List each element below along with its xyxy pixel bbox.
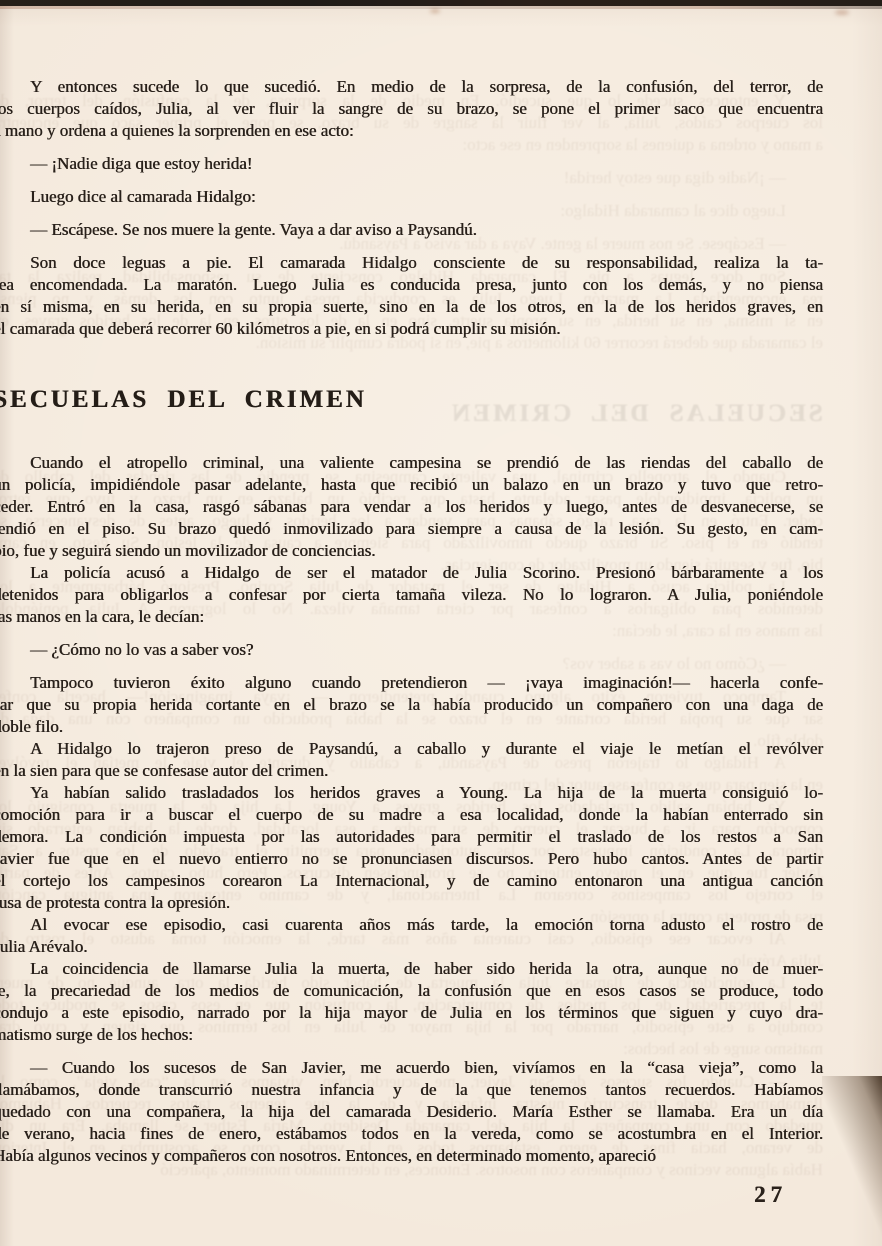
text-line: Y entonces sucede lo que sucedió. En med… — [0, 76, 823, 98]
section-heading: SECUELAS DEL CRIMEN — [0, 386, 823, 414]
text-line: doble filo. — [0, 716, 823, 738]
text-line: condujo a este episodio, narrado por la … — [0, 1002, 823, 1024]
text-line: las manos en la cara, le decían: — [0, 606, 823, 628]
text-line: de verano, hacia fines de enero, estábam… — [0, 1123, 823, 1145]
paragraph: Ya habían salido trasladados los heridos… — [0, 782, 823, 914]
text-line: — Escápese. Se nos muere la gente. Vaya … — [0, 219, 823, 241]
text-line: rea encomendada. La maratón. Luego Julia… — [0, 274, 823, 296]
text-line: el camarada que deberá recorrer 60 kilóm… — [0, 318, 823, 340]
text-line: quedado con una compañera, la hija del c… — [0, 1101, 823, 1123]
text-line: el cortejo los campesinos corearon La In… — [0, 870, 823, 892]
text-line: te, la precariedad de los medios de comu… — [0, 980, 823, 1002]
paper-stain — [835, 10, 849, 15]
dialogue-paragraph: — ¡Nadie diga que estoy herida! — [0, 153, 823, 175]
text-line: a mano y ordena a quienes la sorprenden … — [0, 120, 823, 142]
text-line: Luego dice al camarada Hidalgo: — [0, 186, 823, 208]
text-line: Ya habían salido trasladados los heridos… — [0, 782, 823, 804]
page-number: 27 — [754, 1182, 787, 1208]
text-line: Son doce leguas a pie. El camarada Hidal… — [0, 252, 823, 274]
text-line: en sí misma, en su herida, en su propia … — [0, 296, 823, 318]
text-line: — Cuando los sucesos de San Javier, me a… — [0, 1057, 823, 1079]
text-line: Cuando el atropello criminal, una valien… — [0, 452, 823, 474]
intro-section: Y entonces sucede lo que sucedió. En med… — [0, 76, 823, 340]
paper-stain — [430, 9, 440, 13]
paragraph: Tampoco tuvieron éxito alguno cuando pre… — [0, 672, 823, 738]
text-line: La coincidencia de llamarse Julia la mue… — [0, 958, 823, 980]
text-line: — ¡Nadie diga que estoy herida! — [0, 153, 823, 175]
text-line: un policía, impidiéndole pasar adelante,… — [0, 474, 823, 496]
text-column: Y entonces sucede lo que sucedió. En med… — [0, 76, 823, 1167]
text-line: Al evocar ese episodio, casi cuarenta añ… — [0, 914, 823, 936]
text-line: demora. La condición impuesta por las au… — [0, 826, 823, 848]
paragraph: La policía acusó a Hidalgo de ser el mat… — [0, 562, 823, 628]
text-line: comoción para ir a buscar el cuerpo de s… — [0, 804, 823, 826]
text-line: Tampoco tuvieron éxito alguno cuando pre… — [0, 672, 823, 694]
paragraph: A Hidalgo lo trajeron preso de Paysandú,… — [0, 738, 823, 782]
dialogue-paragraph: — Escápese. Se nos muere la gente. Vaya … — [0, 219, 823, 241]
text-line: en la sien para que se confesase autor d… — [0, 760, 823, 782]
corner-shadow — [822, 1076, 882, 1246]
paragraph: Luego dice al camarada Hidalgo: — [0, 186, 823, 208]
text-line: llamábamos, donde transcurrió nuestra in… — [0, 1079, 823, 1101]
text-line: A Hidalgo lo trajeron preso de Paysandú,… — [0, 738, 823, 760]
paragraph: Y entonces sucede lo que sucedió. En med… — [0, 76, 823, 142]
text-line: La policía acusó a Hidalgo de ser el mat… — [0, 562, 823, 584]
secuelas-section: Cuando el atropello criminal, una valien… — [0, 452, 823, 1167]
scan-edge-top — [0, 0, 882, 6]
text-line: Julia Arévalo. — [0, 936, 823, 958]
text-line: bio, fue y seguirá siendo un movilizador… — [0, 540, 823, 562]
text-line: los cuerpos caídos, Julia, al ver fluir … — [0, 98, 823, 120]
text-line: — ¿Cómo no lo vas a saber vos? — [0, 639, 823, 661]
text-line: ceder. Entró en la casa, rasgó sábanas p… — [0, 496, 823, 518]
text-line: Javier fue que en el nuevo entierro no s… — [0, 848, 823, 870]
text-line: tendió en el piso. Su brazo quedó inmovi… — [0, 518, 823, 540]
dialogue-paragraph: — ¿Cómo no lo vas a saber vos? — [0, 639, 823, 661]
paragraph: La coincidencia de llamarse Julia la mue… — [0, 958, 823, 1046]
text-line: Había algunos vecinos y compañeros con n… — [0, 1145, 823, 1167]
text-line: matismo surge de los hechos: — [0, 1024, 823, 1046]
paragraph: Al evocar ese episodio, casi cuarenta añ… — [0, 914, 823, 958]
paragraph: Cuando el atropello criminal, una valien… — [0, 452, 823, 562]
text-line: detenidos para obligarlos a confesar por… — [0, 584, 823, 606]
text-line: sar que su propia herida cortante en el … — [0, 694, 823, 716]
text-line: rusa de protesta contra la opresión. — [0, 892, 823, 914]
dialogue-paragraph: — Cuando los sucesos de San Javier, me a… — [0, 1057, 823, 1167]
paragraph: Son doce leguas a pie. El camarada Hidal… — [0, 252, 823, 340]
